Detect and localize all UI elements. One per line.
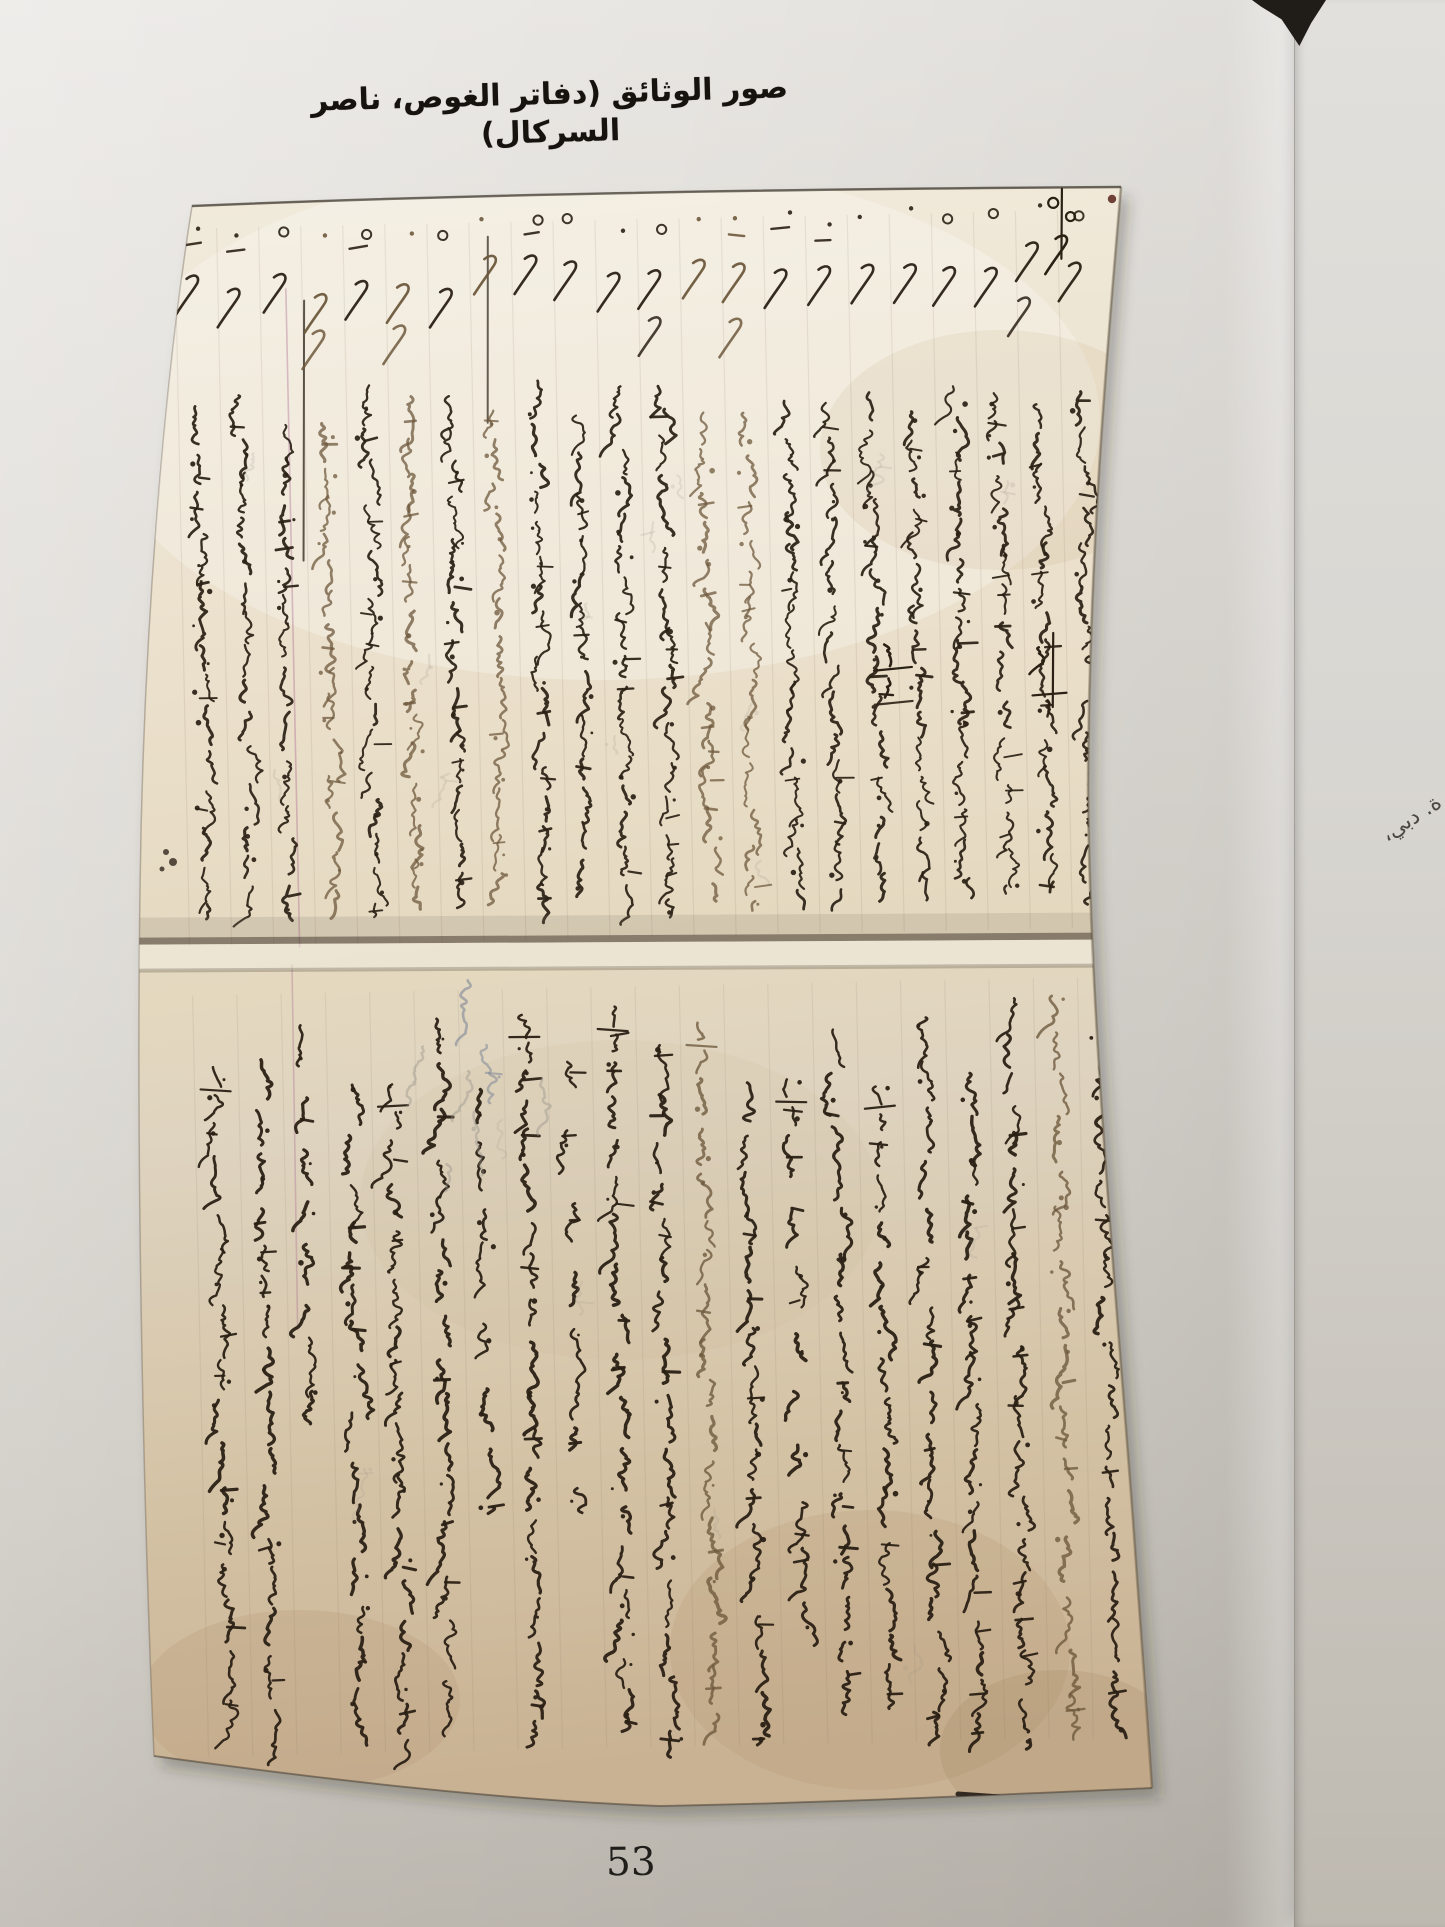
page-number: 53 — [606, 1840, 656, 1886]
fold-crease — [130, 912, 1145, 972]
corner-ink-spot — [1108, 195, 1116, 203]
chapter-heading: صور الوثائق (دفاتر الغوص، ناصر السركال) — [284, 69, 816, 159]
manuscript-photo — [0, 0, 1445, 1927]
photographed-book-page: صور الوثائق (دفاتر الغوص، ناصر السركال) … — [0, 0, 1445, 1927]
